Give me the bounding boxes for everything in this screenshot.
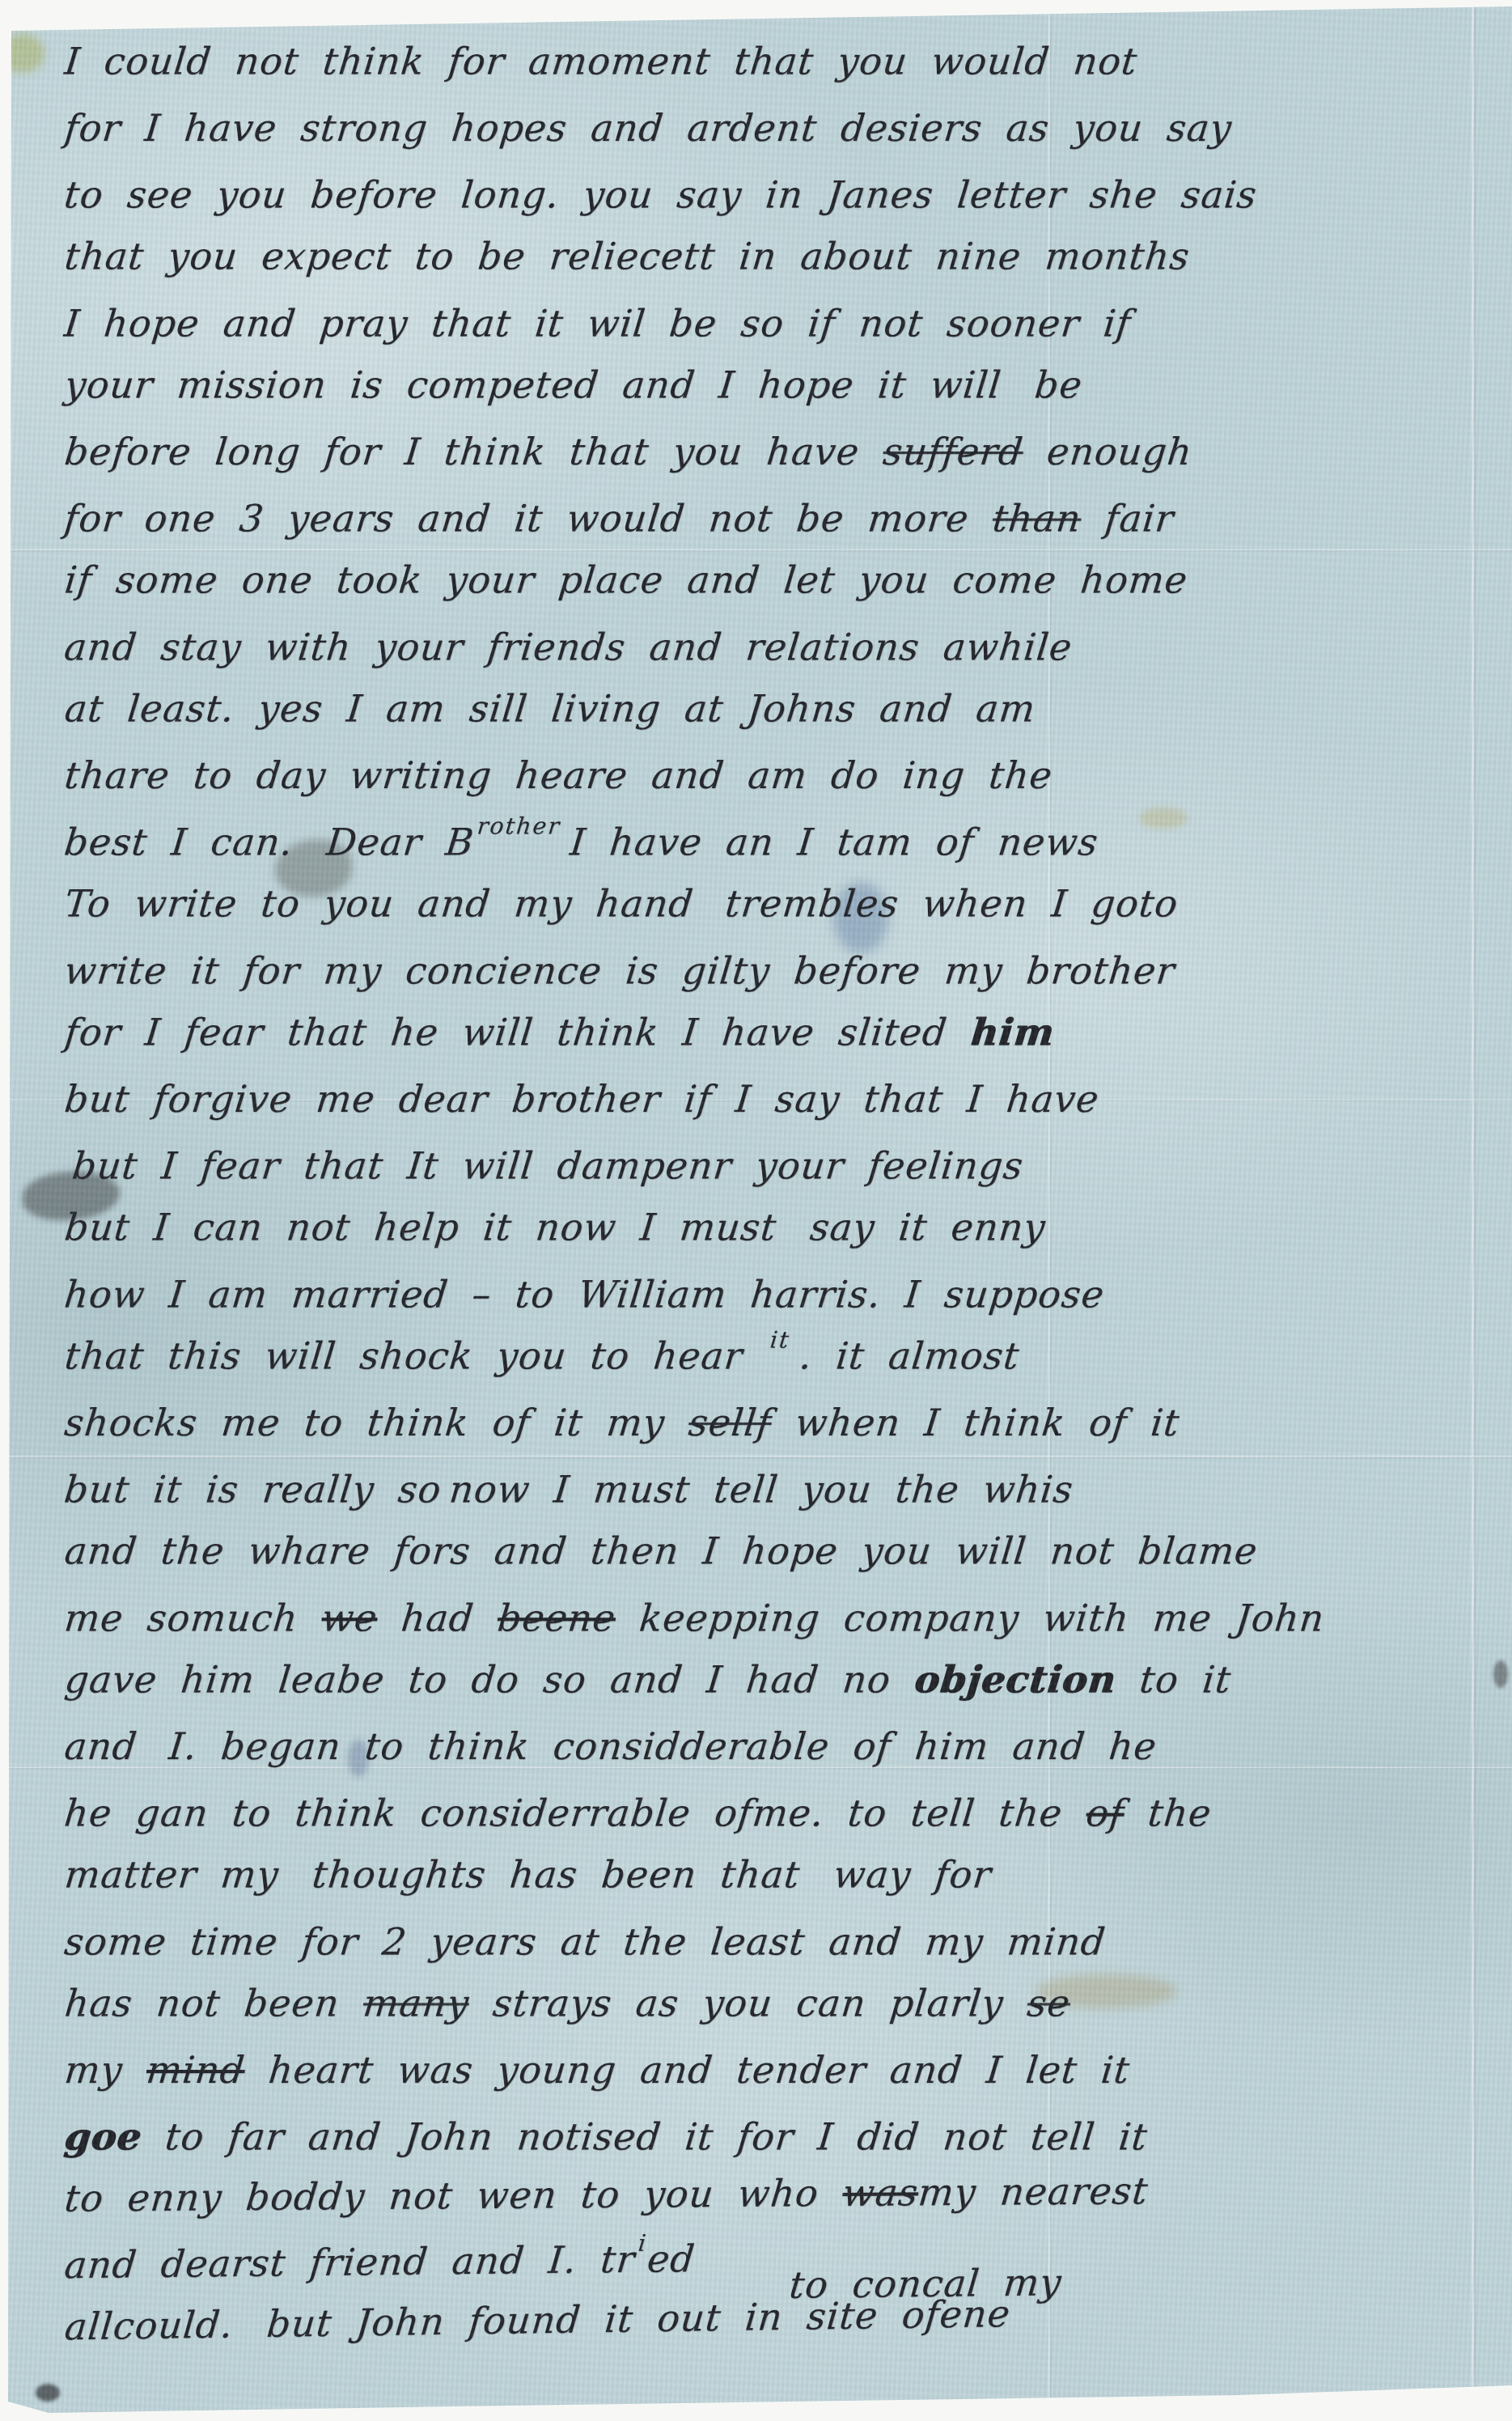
letter-text-segment: I hope and pray that it wil be so if not…: [62, 301, 1133, 345]
letter-text-segment: sufferd: [881, 430, 1026, 473]
letter-line: shocks me to think of it my sellf when I…: [61, 1390, 1496, 1455]
letter-text-segment: has not been: [62, 1981, 366, 2025]
letter-text-segment: shocks me to think of it my: [62, 1401, 691, 1444]
letter-line: but forgive me dear brother if I say tha…: [61, 1066, 1496, 1131]
letter-text-segment: best I can.: [62, 820, 320, 864]
ink-blot: [304, 1861, 309, 1905]
letter-line: for I fear that he will think I have sli…: [61, 999, 1496, 1064]
inserted-correction: rother: [476, 812, 562, 839]
letter-line: me somuch we had beene keepping company …: [61, 1585, 1496, 1650]
letter-text-segment: gave him leabe to do so and I had no: [62, 1657, 917, 1701]
letter-text-segment: and the whare fors and then I hope you w…: [62, 1529, 1260, 1573]
letter-text-segment: keepping company with me John: [613, 1596, 1327, 1639]
ink-blot: [826, 1861, 831, 1905]
letter-text-segment: now I must tell you the whis: [447, 1468, 1076, 1512]
letter-line: thare to day writing heare and am do ing…: [61, 743, 1496, 808]
letter-text-segment: before long for I think that you have: [62, 430, 886, 473]
letter-text-segment: objection: [913, 1657, 1118, 1701]
letter-text-segment: Dear B: [324, 820, 476, 864]
letter-text-segment: at least. yes I am sill living at Johns …: [62, 686, 1037, 730]
letter-text-segment: the: [1122, 1791, 1214, 1835]
letter-text-segment: we: [320, 1596, 379, 1639]
letter-text-segment: write it for my concience is gilty befor…: [62, 948, 1177, 992]
letter-line: at least. yes I am sill living at Johns …: [61, 676, 1496, 740]
letter-text-segment: strays as you can plarly: [467, 1981, 1030, 2025]
ink-blot: [260, 2310, 264, 2354]
letter-line: for I have strong hopes and ardent desie…: [61, 95, 1496, 160]
letter-text-segment: many: [361, 1981, 471, 2025]
letter-text-segment: to it: [1113, 1657, 1233, 1701]
letter-text-segment: goe: [62, 2115, 144, 2159]
letter-line: and the whare fors and then I hope you w…: [61, 1519, 1496, 1584]
letter-line: he gan to think considerrable ofme. to t…: [61, 1781, 1496, 1846]
letter-text-segment: and: [62, 1724, 163, 1768]
letter-paper: I could not think for amoment that you w…: [0, 0, 1512, 2421]
letter-text-segment: trembles when I goto: [723, 882, 1180, 926]
letter-text-segment: he gan to think considerrable ofme. to t…: [62, 1791, 1089, 1835]
letter-text-segment: but forgive me dear brother if I say tha…: [62, 1077, 1101, 1121]
letter-line: and stay with your friends and relations…: [61, 614, 1496, 679]
paper-stain: [73, 2413, 1286, 2417]
scanned-letter-page: { "page": { "kind": "scanned handwritten…: [0, 0, 1512, 2421]
letter-text-segment: for I have strong hopes and ardent desie…: [62, 106, 1234, 150]
letter-line: that this will shock you to hear it. it …: [61, 1323, 1496, 1388]
letter-text-segment: my: [62, 2048, 149, 2092]
ink-blot: [562, 829, 567, 872]
paper-stain: [0, 34, 44, 73]
letter-line: I hope and pray that it wil be so if not…: [61, 290, 1496, 355]
letter-text-segment: and stay with your friends and relations…: [62, 625, 1074, 668]
letter-line: but I fear that It will dampenr your fee…: [61, 1134, 1496, 1198]
letter-line: but I can not help it now I must say it …: [61, 1195, 1496, 1260]
letter-text-segment: that you expect to be reliecett in about…: [62, 235, 1192, 278]
letter-text-segment: To write to you and my hand: [62, 882, 719, 926]
letter-text-segment: for one 3 years and it would not be more: [62, 497, 995, 541]
letter-text-segment: could.: [112, 2302, 260, 2347]
letter-line: but it is really sonow I must tell you t…: [61, 1457, 1496, 1522]
letter-line: matter my thoughts has been that way for: [61, 1842, 1496, 1907]
letter-text-segment: than: [990, 497, 1083, 541]
letter-line: I could not think for amoment that you w…: [61, 28, 1496, 93]
letter-text-segment: if some one took your place and let you …: [62, 558, 1190, 602]
letter-text-segment: your mission is competed and I hope it w…: [62, 363, 1027, 406]
letter-text-segment: for I did not tell it: [735, 2115, 1150, 2159]
letter-text-segment: but I fear that It will dampenr your fee…: [70, 1144, 1026, 1188]
letter-text-segment: thoughts has been that: [310, 1853, 826, 1897]
letter-body-text: I could not think for amoment that you w…: [65, 31, 1493, 2361]
paper-stain: [1493, 1660, 1508, 1688]
letter-text-segment: fair: [1079, 497, 1176, 541]
ink-blot: [792, 1342, 797, 1385]
letter-text-segment: thare to day writing heare and am do ing…: [62, 753, 1055, 797]
letter-text-segment: . it almost: [798, 1333, 1022, 1377]
ink-blot: [803, 1214, 807, 1257]
letter-text-segment: my nearest: [916, 2169, 1150, 2214]
letter-line: some time for 2 years at the least and m…: [61, 1909, 1496, 1974]
inserted-correction: i: [637, 2230, 649, 2257]
letter-text-segment: heart was young and tender and I let it: [243, 2048, 1133, 2092]
letter-line: if some one took your place and let you …: [61, 548, 1496, 613]
letter-line: best I can. Dear BrotherI have an I tam …: [61, 810, 1496, 875]
ink-blot: [1027, 371, 1031, 414]
letter-text-segment: all: [63, 2304, 116, 2349]
letter-text-segment: when I think of it: [769, 1401, 1182, 1444]
letter-text-segment: matter my: [62, 1853, 305, 1897]
letter-text-segment: se: [1025, 1981, 1073, 2025]
letter-line: write it for my concience is gilty befor…: [61, 938, 1496, 1003]
letter-text-segment: but John found it out in site ofene: [265, 2292, 1012, 2346]
letter-text-segment: I could not think for amoment that you w…: [62, 39, 1139, 83]
letter-line: has not been many strays as you can plar…: [61, 1970, 1496, 2035]
letter-line: before long for I think that you have su…: [61, 419, 1496, 484]
letter-text-segment: and dearst friend and I. tr: [62, 2237, 637, 2287]
letter-line: how I am married – to William harris. I …: [61, 1261, 1496, 1326]
letter-text-segment: sellf: [687, 1401, 774, 1444]
letter-text-segment: but I can not help it now I must: [62, 1206, 803, 1249]
letter-text-segment: was: [841, 2170, 921, 2215]
letter-text-segment: to enny boddy not wen to you who: [62, 2171, 845, 2220]
letter-text-segment: beene: [495, 1596, 617, 1639]
letter-text-segment: ed: [646, 2237, 697, 2281]
paper-stain: [36, 2384, 60, 2402]
letter-text-segment: but it is really so: [62, 1468, 444, 1512]
letter-text-segment: way for: [832, 1853, 994, 1897]
letter-text-segment: to see you before long. you say in Janes…: [62, 173, 1260, 217]
letter-text-segment: say it enny: [808, 1206, 1048, 1249]
letter-text-segment: that this will shock you to hear: [62, 1333, 769, 1377]
letter-text-segment: I. began to think considderable of him a…: [167, 1724, 1158, 1768]
letter-line: to see you before long. you say in Janes…: [61, 163, 1496, 227]
letter-line: To write to you and my hand trembles whe…: [61, 871, 1496, 936]
letter-text-segment: mind: [144, 2048, 247, 2092]
ink-blot: [319, 829, 324, 872]
letter-text-segment: how I am married – to William harris. I …: [62, 1272, 1107, 1316]
letter-text-segment: be: [1032, 363, 1084, 406]
letter-text-segment: had: [375, 1596, 500, 1639]
letter-text-segment: me somuch: [62, 1596, 324, 1639]
letter-line: gave him leabe to do so and I had no obj…: [61, 1647, 1496, 1711]
letter-line: that you expect to be reliecett in about…: [61, 224, 1496, 289]
letter-line: and I. began to think considderable of h…: [61, 1714, 1496, 1779]
letter-text-segment: to far and John notised it: [139, 2115, 740, 2159]
letter-line: for one 3 years and it would not be more…: [61, 486, 1496, 551]
letter-text-segment: I have an I tam of news: [568, 820, 1100, 864]
letter-text-segment: enough: [1021, 430, 1195, 473]
letter-line: my mind heart was young and tender and I…: [61, 2037, 1496, 2102]
letter-text-segment: him: [969, 1010, 1057, 1054]
inserted-correction: it: [769, 1326, 791, 1353]
letter-text-segment: for I fear that he will think I have sli…: [62, 1010, 973, 1054]
letter-text-segment: of: [1084, 1791, 1126, 1835]
letter-text-segment: some time for 2 years at the least and m…: [62, 1919, 1108, 1963]
letter-line: your mission is competed and I hope it w…: [61, 352, 1496, 417]
